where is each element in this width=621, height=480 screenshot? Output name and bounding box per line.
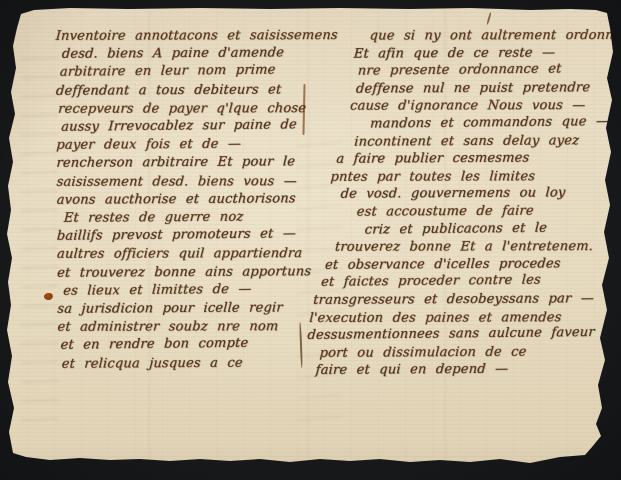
manuscript-scan: Inventoire annottacons et saisissemensde… bbox=[0, 0, 621, 480]
manuscript-line: que si ny ont aultrement ordonne bbox=[369, 27, 614, 45]
manuscript-line: baillifs prevost promoteurs et — bbox=[56, 225, 313, 246]
manuscript-line: criz et publicacons et le bbox=[364, 218, 615, 238]
manuscript-line: dessusmentionnees sans aulcune faveur bbox=[307, 324, 616, 345]
manuscript-line: incontinent et sans delay ayez bbox=[354, 132, 615, 151]
bleedthrough-ghost-left-margin bbox=[21, 52, 58, 424]
manuscript-line: port ou dissimulacion de ce bbox=[319, 343, 616, 362]
manuscript-line: et relicqua jusques a ce bbox=[61, 354, 314, 374]
rust-stain bbox=[44, 293, 53, 300]
manuscript-line: saisissement desd. biens vous — bbox=[56, 173, 313, 192]
manuscript-line: mandons et commandons que — bbox=[370, 113, 615, 133]
manuscript-line: rencherson arbitraire Et pour le bbox=[56, 154, 313, 174]
manuscript-line: nre presente ordonnance et bbox=[357, 60, 614, 80]
manuscript-line: est accoustume de faire bbox=[356, 202, 615, 221]
manuscript-line: Inventoire annottacons et saisissemens bbox=[55, 27, 312, 46]
manuscript-line: et en rendre bon compte bbox=[60, 335, 314, 356]
manuscript-line: de vosd. gouvernemens ou loy bbox=[340, 184, 615, 203]
manuscript-line: transgresseurs et desobeyssans par — bbox=[313, 290, 616, 309]
manuscript-line: sa jurisdicion pour icelle regir bbox=[57, 299, 314, 319]
manuscript-line: deffendant a tous debiteurs et bbox=[55, 81, 312, 101]
left-text-column: Inventoire annottacons et saisissemensde… bbox=[55, 26, 313, 373]
manuscript-line: faire et qui en depend — bbox=[315, 360, 616, 379]
manuscript-line: trouverez bonne Et a l'entretenem. bbox=[334, 238, 615, 256]
manuscript-line: et faictes proceder contre les bbox=[321, 271, 616, 292]
manuscript-line: es lieux et limittes de — bbox=[63, 280, 314, 301]
right-text-column: que si ny ont aultrement ordonneEt afin … bbox=[305, 26, 615, 380]
manuscript-line: deffense nul ne puist pretendre bbox=[355, 79, 614, 98]
manuscript-line: aussy Irrevocablez sur paine de bbox=[61, 116, 313, 137]
manuscript-line: a faire publier cesmesmes bbox=[336, 149, 615, 168]
manuscript-line: aultres officiers quil appartiendra bbox=[56, 246, 313, 265]
manuscript-line: avons aucthorise et aucthorisons bbox=[56, 190, 313, 210]
manuscript-line: arbitraire en leur nom prime bbox=[59, 62, 312, 83]
paper-sheet: Inventoire annottacons et saisissemensde… bbox=[0, 0, 621, 480]
manuscript-line: payer deux fois et de — bbox=[56, 135, 313, 155]
